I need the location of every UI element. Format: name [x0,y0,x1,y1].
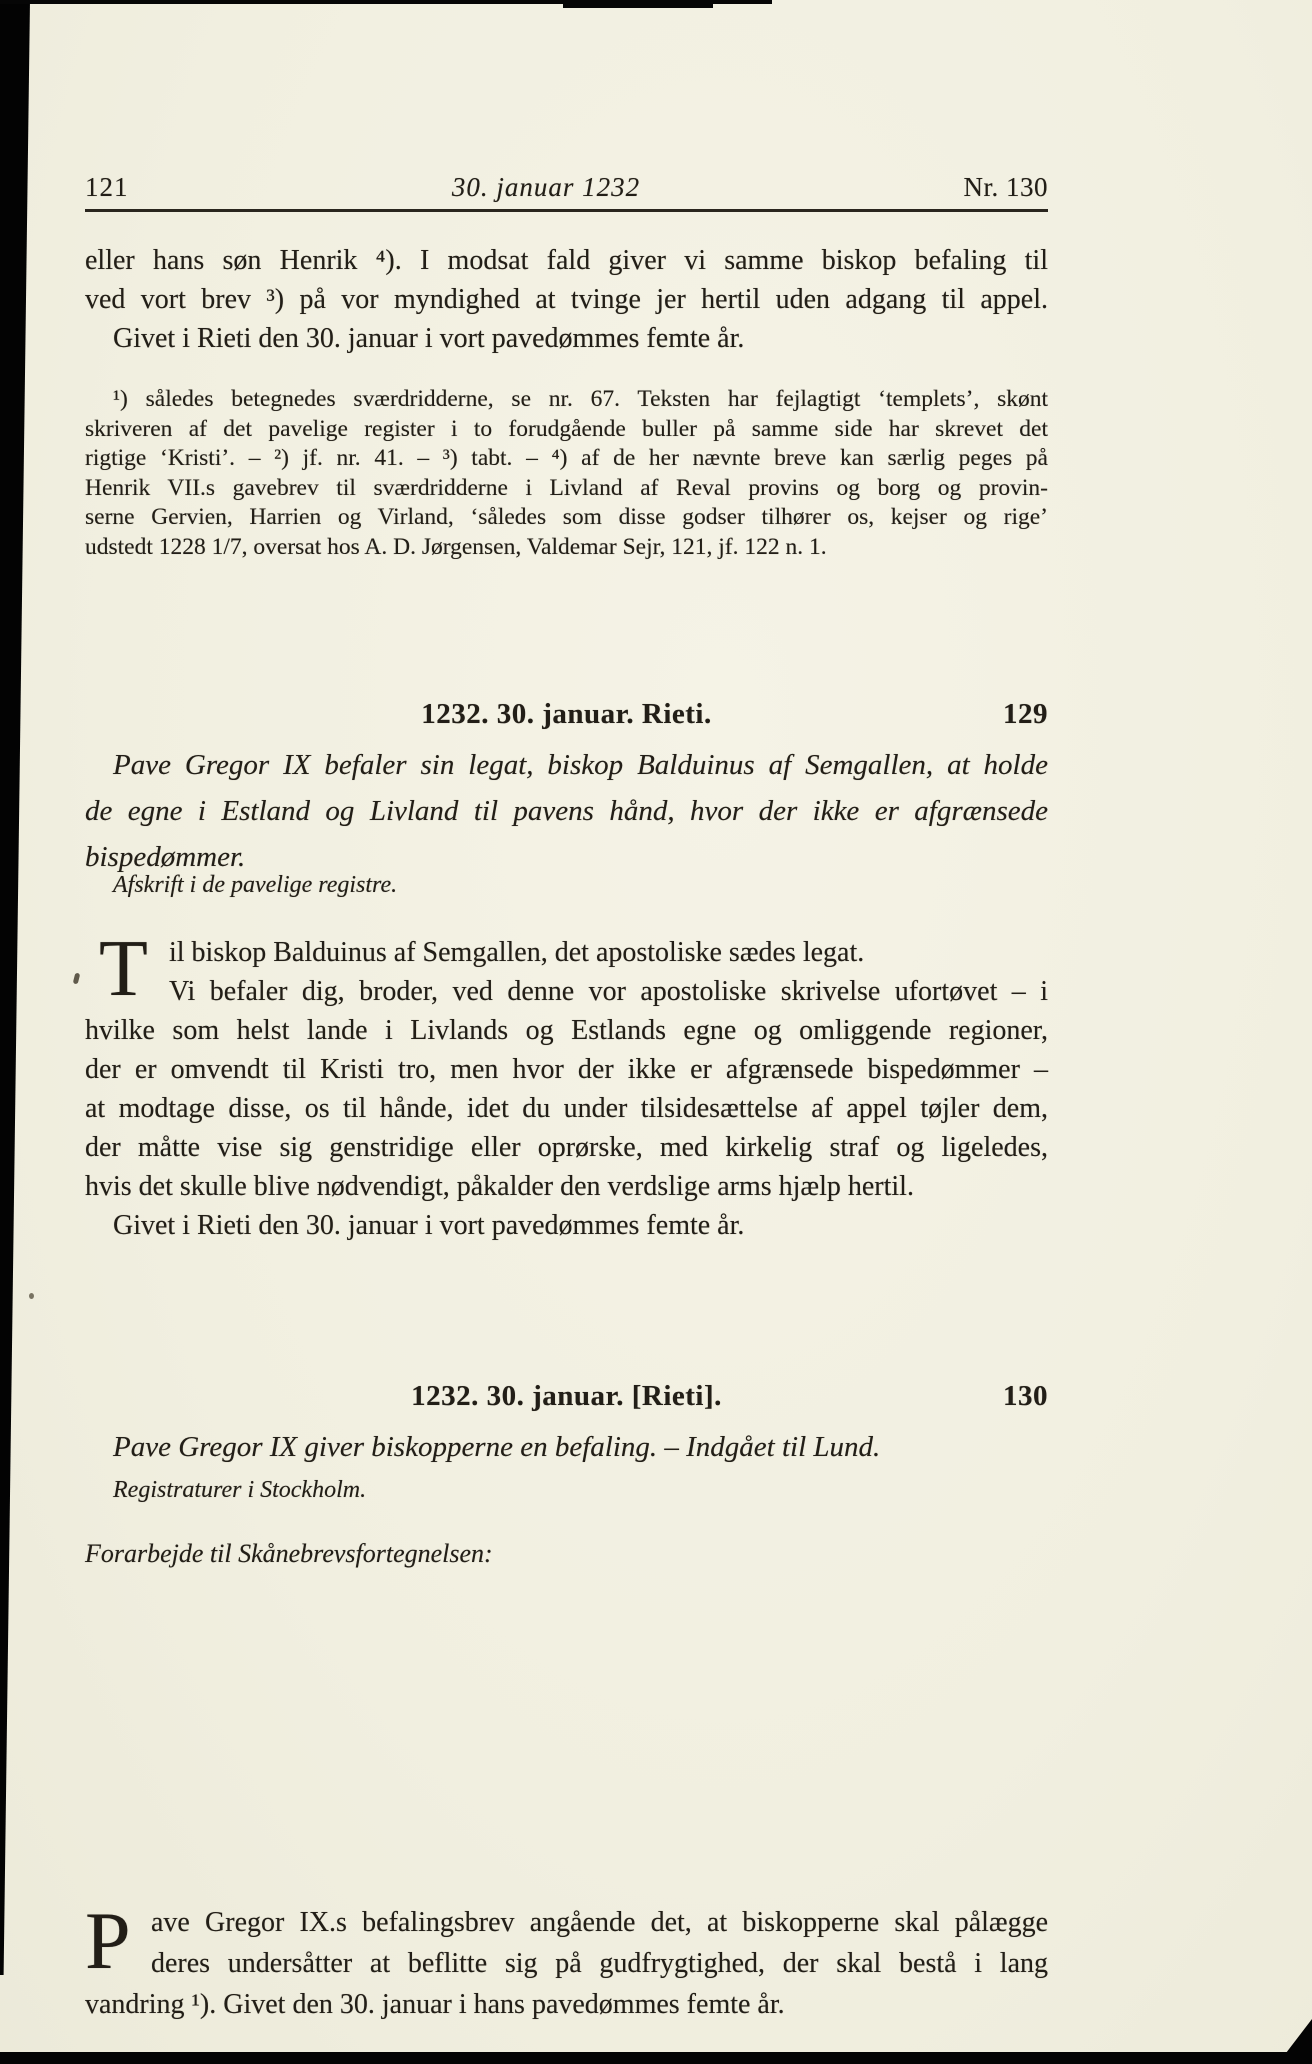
dating-line: Givet i Rieti den 30. januar i vort pave… [85,319,1048,358]
summary-line: Pave Gregor IX befaler sin legat, biskop… [85,742,1048,788]
scan-edge-bottom [0,2052,1312,2064]
scan-edge-top-blob [563,0,713,8]
text-line: hvilke som helst lande i Livlands og Est… [85,1011,1048,1050]
entry-129-summary: Pave Gregor IX befaler sin legat, biskop… [85,742,1048,880]
scan-edge-left [0,0,30,1975]
entry-130-body: P ave Gregor IX.s befalingsbrev angående… [85,1902,1048,2025]
summary-line: Pave Gregor IX giver biskopperne en befa… [85,1424,1048,1470]
text-line: der er omvendt til Kristi tro, men hvor … [85,1050,1048,1089]
entry-129-heading: 1232. 30. januar. Rieti. 129 [85,698,1048,731]
text-line: il biskop Balduinus af Semgallen, det ap… [85,933,1048,972]
entry-130-date: 1232. 30. januar. [Rieti]. [411,1380,722,1412]
entry-ref: Nr. 130 [963,172,1048,203]
text-line: at modtage disse, os til hånde, idet du … [85,1089,1048,1128]
text-line: eller hans søn Henrik ⁴). I modsat fald … [85,241,1048,280]
dropcap-p: P [85,1900,131,1982]
entry-129-number: 129 [1003,698,1048,731]
text-line: ved vort brev ³) på vor myndighed at tvi… [85,280,1048,319]
footnotes-block: ¹) således betegnedes sværdridderne, se … [85,385,1048,562]
text-line: vandring ¹). Givet den 30. januar i hans… [85,1984,1048,2025]
footnote-line: Henrik VII.s gavebrev til sværdridderne … [85,474,1048,504]
header-rule [85,209,1048,212]
entry-130-source-2: Forarbejde til Skånebrevsfortegnelsen: [85,1539,1048,1569]
summary-line: de egne i Estland og Livland til pavens … [85,788,1048,834]
entry-130-summary: Pave Gregor IX giver biskopperne en befa… [85,1424,1048,1470]
book-page-scan: 121 30. januar 1232 Nr. 130 eller hans s… [0,0,1312,2064]
footnote-line: ¹) således betegnedes sværdridderne, se … [85,385,1048,415]
text-line: ave Gregor IX.s befalingsbrev angående d… [85,1902,1048,1943]
footnote-line: skriveren af det pavelige register i to … [85,415,1048,445]
text-line: deres undersåtter at beflitte sig på gud… [85,1943,1048,1984]
continuation-paragraph: eller hans søn Henrik ⁴). I modsat fald … [85,241,1048,358]
footnote-line: rigtige ‘Kristi’. – ²) jf. nr. 41. – ³) … [85,444,1048,474]
footnote-line: serne Gervien, Harrien og Virland, ‘såle… [85,503,1048,533]
entry-130-source-1: Registraturer i Stockholm. [85,1477,1076,1504]
footnote-line: udstedt 1228 1/7, oversat hos A. D. Jørg… [85,533,1048,563]
running-head: 30. januar 1232 [452,172,640,203]
entry-129-source: Afskrift i de pavelige registre. [85,872,1076,899]
dating-line: Givet i Rieti den 30. januar i vort pave… [85,1206,1048,1245]
text-line: der måtte vise sig genstridige eller opr… [85,1128,1048,1167]
entry-129-date: 1232. 30. januar. Rieti. [421,698,711,730]
scan-corner-bottom-right [1286,2019,1312,2053]
page-number: 121 [85,172,129,203]
scan-speck [29,1293,34,1299]
entry-129-body: T il biskop Balduinus af Semgallen, det … [85,933,1048,1245]
text-line: Vi befaler dig, broder, ved denne vor ap… [85,972,1048,1011]
text-line: hvis det skulle blive nødvendigt, påkald… [85,1167,1048,1206]
entry-130-number: 130 [1003,1380,1048,1413]
scan-speck [73,973,81,985]
page-header: 121 30. januar 1232 Nr. 130 [85,172,1048,203]
dropcap-t: T [99,929,148,1009]
entry-130-heading: 1232. 30. januar. [Rieti]. 130 [85,1380,1048,1413]
